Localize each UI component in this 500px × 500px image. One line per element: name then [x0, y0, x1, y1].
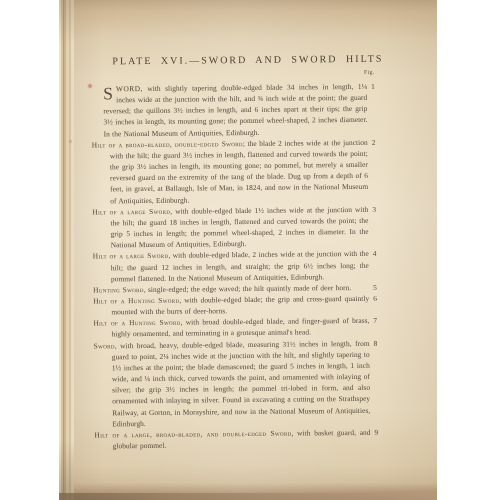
- catalog-entry: Hilt of a broad-bladed, double-edged Swo…: [92, 137, 369, 207]
- catalog-entry: Hilt of a large, broad-bladed, and doubl…: [94, 427, 370, 452]
- page-content: PLATE XVI.—SWORD AND SWORD HILTS Fig. SW…: [59, 0, 437, 500]
- figure-number: 9: [374, 427, 378, 438]
- figure-number: 2: [372, 137, 376, 148]
- figure-number: 4: [373, 248, 377, 259]
- catalog-entry: Hilt of a large Sword, with double-edged…: [93, 248, 369, 284]
- figure-number: 6: [373, 293, 377, 304]
- entry-lead: Hilt of a broad-bladed, double-edged Swo…: [92, 139, 243, 149]
- entry-lead: Hilt of a large Sword: [93, 251, 169, 261]
- figure-number: 1: [371, 81, 375, 92]
- catalog-entries: SWORD, with slightly tapering double-edg…: [91, 81, 371, 452]
- figure-column-header: Fig.: [364, 70, 374, 76]
- entry-lead: WORD,: [116, 84, 143, 93]
- entry-lead: Hilt of a Hunting Sword: [93, 296, 179, 306]
- entry-lead: Sword: [94, 341, 115, 350]
- book-page-photo: PLATE XVI.—SWORD AND SWORD HILTS Fig. SW…: [59, 0, 437, 500]
- catalog-entry: SWORD, with slightly tapering double-edg…: [91, 81, 368, 139]
- entry-lead: Hilt of a large, broad-bladed, and doubl…: [94, 428, 291, 439]
- entry-lead: Hunting Sword: [93, 285, 144, 294]
- catalog-entry: Sword, with broad, heavy, double-edged b…: [94, 337, 371, 429]
- catalog-entry: Hilt of a large Sword, with double-edged…: [92, 204, 368, 251]
- entry-lead: Hilt of a large Sword: [92, 206, 170, 216]
- catalog-entry: Hilt of a Hunting Sword, with double-edg…: [93, 293, 369, 318]
- entry-text: , single-edged; the edge waved; the hilt…: [144, 283, 352, 294]
- plate-title: PLATE XVI.—SWORD AND SWORD HILTS: [59, 53, 437, 68]
- photo-backdrop: PLATE XVI.—SWORD AND SWORD HILTS Fig. SW…: [0, 0, 500, 500]
- entry-text: with slightly tapering double-edged blad…: [103, 82, 367, 138]
- figure-number: 3: [372, 204, 376, 215]
- figure-number: 5: [373, 282, 377, 293]
- drop-cap: S: [103, 84, 113, 102]
- figure-number: 8: [374, 337, 378, 348]
- page-bottom-shadow: [59, 493, 437, 500]
- entry-text: , with broad, heavy, double-edged blade,…: [112, 338, 371, 428]
- figure-number: 7: [373, 315, 377, 326]
- catalog-entry: Hilt of a Hunting Sword, with broad doub…: [93, 315, 369, 340]
- entry-lead: Hilt of a Hunting Sword: [93, 318, 180, 328]
